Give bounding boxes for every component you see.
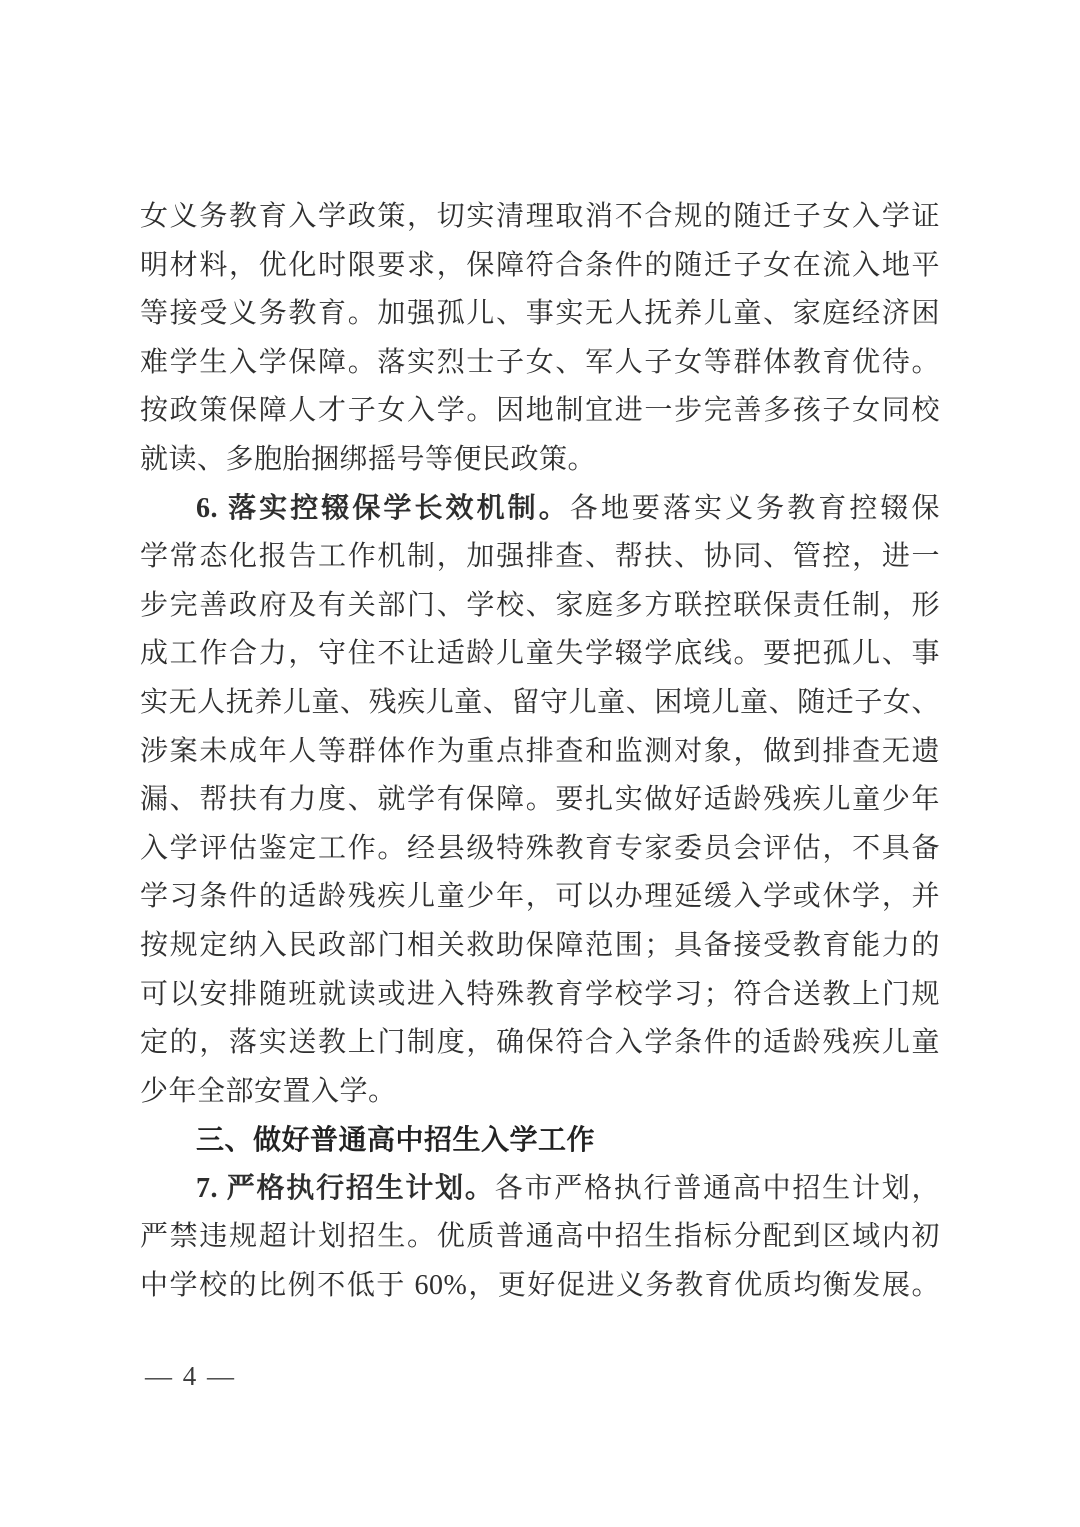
paragraph-line: 按政策保障人才子女入学。因地制宜进一步完善多孩子女同校 <box>140 387 940 436</box>
paragraph-line: 明材料，优化时限要求，保障符合条件的随迁子女在流入地平 <box>140 242 940 291</box>
paragraph-line: 成工作合力，守住不让适龄儿童失学辍学底线。要把孤儿、事 <box>140 630 940 679</box>
paragraph-line: 学习条件的适龄残疾儿童少年，可以办理延缓入学或休学，并 <box>140 873 940 922</box>
document-page: 女义务教育入学政策，切实清理取消不合规的随迁子女入学证 明材料，优化时限要求，保… <box>0 0 1080 1527</box>
item6-lead-bold: 6. 落实控辍保学长效机制。 <box>196 493 570 524</box>
item7-lead-bold: 7. 严格执行招生计划。 <box>196 1173 495 1204</box>
item6-lead-rest: 各地要落实义务教育控辍保 <box>570 493 940 524</box>
paragraph-line: 定的，落实送教上门制度，确保符合入学条件的适龄残疾儿童 <box>140 1019 940 1068</box>
item6-first-line: 6. 落实控辍保学长效机制。各地要落实义务教育控辍保 <box>140 485 940 534</box>
paragraph-line: 难学生入学保障。落实烈士子女、军人子女等群体教育优待。 <box>140 339 940 388</box>
item7-first-line: 7. 严格执行招生计划。各市严格执行普通高中招生计划， <box>140 1165 940 1214</box>
paragraph-line: 女义务教育入学政策，切实清理取消不合规的随迁子女入学证 <box>140 193 940 242</box>
paragraph-last-line: 就读、多胞胎捆绑摇号等便民政策。 <box>140 436 940 485</box>
paragraph-line: 严禁违规超计划招生。优质普通高中招生指标分配到区域内初 <box>140 1213 940 1262</box>
paragraph-line: 按规定纳入民政部门相关救助保障范围；具备接受教育能力的 <box>140 922 940 971</box>
paragraph-line: 可以安排随班就读或进入特殊教育学校学习；符合送教上门规 <box>140 971 940 1020</box>
page-number: — 4 — <box>145 1360 236 1392</box>
paragraph-last-line: 少年全部安置入学。 <box>140 1068 940 1117</box>
paragraph-line: 实无人抚养儿童、残疾儿童、留守儿童、困境儿童、随迁子女、 <box>140 679 940 728</box>
paragraph-line: 漏、帮扶有力度、就学有保障。要扎实做好适龄残疾儿童少年 <box>140 776 940 825</box>
paragraph-line: 学常态化报告工作机制，加强排查、帮扶、协同、管控，进一 <box>140 533 940 582</box>
paragraph-line: 入学评估鉴定工作。经县级特殊教育专家委员会评估，不具备 <box>140 825 940 874</box>
section-heading: 三、做好普通高中招生入学工作 <box>140 1116 940 1165</box>
item7-lead-rest: 各市严格执行普通高中招生计划， <box>495 1173 940 1204</box>
document-body: 女义务教育入学政策，切实清理取消不合规的随迁子女入学证 明材料，优化时限要求，保… <box>140 193 940 1311</box>
paragraph-line: 步完善政府及有关部门、学校、家庭多方联控联保责任制，形 <box>140 582 940 631</box>
paragraph-line: 等接受义务教育。加强孤儿、事实无人抚养儿童、家庭经济困 <box>140 290 940 339</box>
paragraph-line: 中学校的比例不低于 60%，更好促进义务教育优质均衡发展。 <box>140 1262 940 1311</box>
paragraph-line: 涉案未成年人等群体作为重点排查和监测对象，做到排查无遗 <box>140 728 940 777</box>
